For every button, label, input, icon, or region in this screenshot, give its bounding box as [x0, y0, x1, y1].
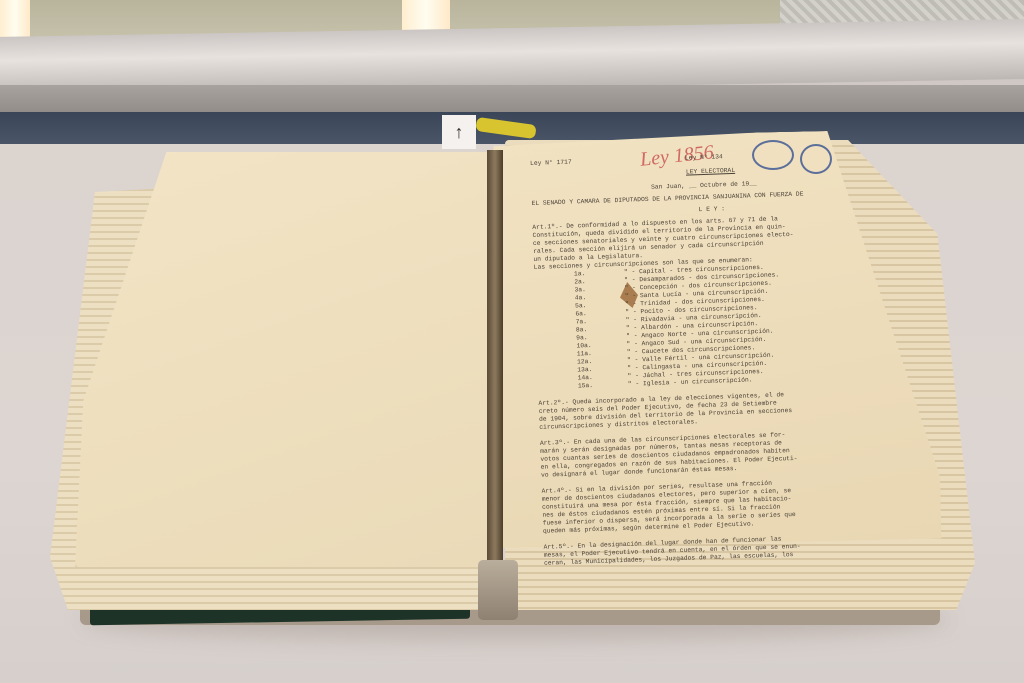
- light-reflection: [0, 0, 30, 38]
- arrow-tag-icon: ↑: [442, 115, 476, 149]
- sections-list: 1a." - Capital - tres circunscripciones.…: [534, 259, 898, 391]
- binding-tie: [478, 560, 518, 620]
- typewritten-text: Ley N° 1717 Ley N° 134 LEY ELECTORAL San…: [530, 147, 904, 567]
- book-spine: [487, 150, 503, 610]
- photo-scene: ↑ Ley 1856 Ley N° 1717 Ley N° 134 LEY EL…: [0, 0, 1024, 683]
